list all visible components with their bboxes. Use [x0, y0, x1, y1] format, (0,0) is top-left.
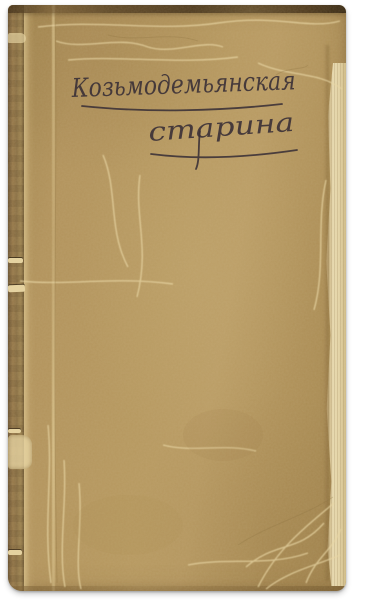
book-cover: Козьмодемьянская старина: [8, 5, 346, 591]
handwriting-svg: Козьмодемьянская старина: [8, 5, 346, 591]
photo-scene: Козьмодемьянская старина: [0, 0, 367, 600]
handwritten-title-line2: старина: [147, 108, 295, 148]
handwritten-title-line1: Козьмодемьянская: [70, 66, 296, 104]
